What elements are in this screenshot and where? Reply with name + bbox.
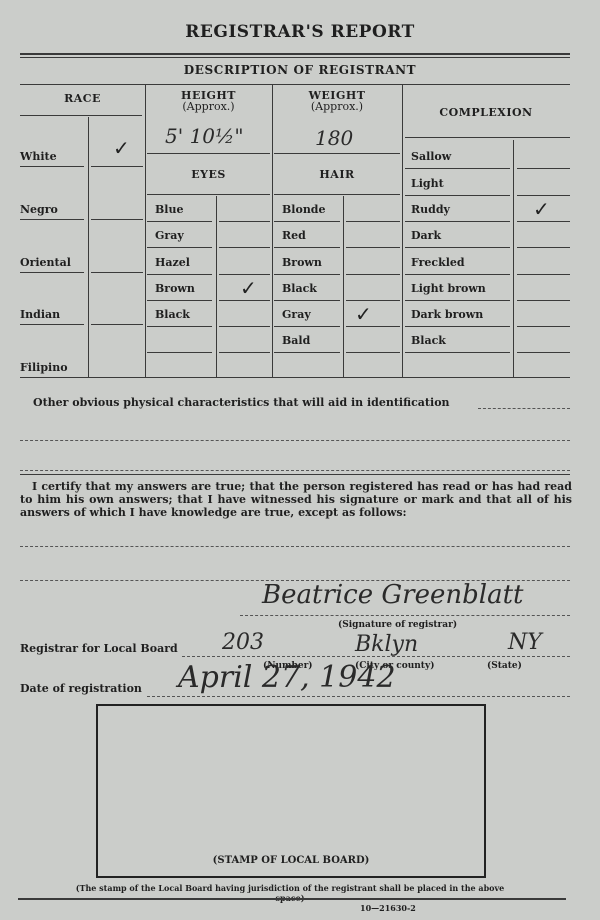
complexion-option-label: Dark brown [411, 308, 483, 321]
divider [517, 326, 570, 327]
stamp-note: (The stamp of the Local Board having jur… [70, 883, 510, 903]
eyes-option-label: Hazel [155, 256, 190, 269]
section-title: DESCRIPTION OF REGISTRANT [0, 63, 600, 77]
hair-option-label: Bald [282, 334, 310, 347]
divider [147, 326, 212, 327]
divider [274, 326, 340, 327]
column-divider [145, 85, 146, 377]
divider [219, 274, 270, 275]
hair-option-label: Blonde [282, 203, 326, 216]
stamp-label: (STAMP OF LOCAL BOARD) [96, 855, 486, 866]
eyes-option-label: Brown [155, 282, 195, 295]
divider [20, 272, 84, 273]
complexion-header: COMPLEXION [402, 106, 570, 119]
hair-checkbox[interactable]: ✓ [355, 302, 372, 326]
divider [20, 474, 570, 475]
divider [147, 153, 270, 154]
complexion-option-label: Light brown [411, 282, 486, 295]
height-value: 5' 10½" [165, 124, 244, 148]
divider [274, 194, 400, 195]
divider [91, 324, 143, 325]
divider [405, 247, 510, 248]
divider [219, 221, 270, 222]
divider [517, 168, 570, 169]
stamp-box [96, 704, 486, 878]
divider [274, 247, 340, 248]
eyes-checkbox[interactable]: ✓ [240, 276, 257, 300]
local-board-state: NY [508, 630, 542, 655]
eyes-option-label: Gray [155, 229, 184, 242]
divider [405, 326, 510, 327]
divider [346, 247, 400, 248]
column-divider [272, 85, 273, 377]
divider [20, 324, 84, 325]
complexion-option-label: Freckled [411, 256, 465, 269]
complexion-checkbox[interactable]: ✓ [533, 197, 550, 221]
registrar-signature: Beatrice Greenblatt [262, 580, 523, 610]
divider [405, 300, 510, 301]
divider [405, 168, 510, 169]
exceptions-line-1[interactable] [20, 546, 570, 547]
divider [517, 352, 570, 353]
divider [405, 221, 510, 222]
race-check-divider [88, 117, 89, 377]
divider [91, 272, 143, 273]
divider [346, 221, 400, 222]
height-approx: (Approx.) [145, 101, 272, 113]
complexion-option-label: Black [411, 334, 446, 347]
divider [219, 300, 270, 301]
bottom-divider [18, 898, 566, 900]
eyes-header: EYES [145, 168, 272, 181]
local-board-city: Bklyn [355, 632, 418, 657]
registration-date-line[interactable] [147, 696, 570, 697]
eyes-option-label: Blue [155, 203, 183, 216]
divider [219, 247, 270, 248]
complexion-option-label: Dark [411, 229, 441, 242]
signature-line[interactable] [240, 615, 570, 616]
other-characteristics-label: Other obvious physical characteristics t… [33, 396, 450, 409]
table-bottom-border [20, 377, 570, 378]
hair-option-label: Black [282, 282, 317, 295]
divider [20, 57, 570, 58]
weight-approx: (Approx.) [272, 101, 402, 113]
other-characteristics-line-2[interactable] [20, 440, 570, 441]
divider [20, 115, 142, 116]
divider [20, 84, 570, 85]
registrars-report-form: REGISTRAR'S REPORT DESCRIPTION OF REGIST… [0, 0, 600, 920]
hair-option-label: Red [282, 229, 306, 242]
divider [517, 247, 570, 248]
race-option-label: White [20, 150, 57, 163]
race-checkbox[interactable]: ✓ [113, 136, 130, 160]
race-option-label: Oriental [20, 256, 71, 269]
divider [219, 352, 270, 353]
divider [274, 153, 400, 154]
divider [91, 219, 143, 220]
divider [346, 352, 400, 353]
race-option-label: Filipino [20, 361, 68, 374]
complexion-option-label: Ruddy [411, 203, 450, 216]
form-number: 10—21630-2 [360, 903, 416, 913]
eyes-option-label: Black [155, 308, 190, 321]
other-characteristics-field[interactable] [478, 408, 570, 409]
divider [147, 300, 212, 301]
divider [20, 219, 84, 220]
divider [517, 274, 570, 275]
other-characteristics-line-3[interactable] [20, 470, 570, 471]
divider [405, 352, 510, 353]
divider [274, 300, 340, 301]
weight-value: 180 [315, 126, 353, 150]
divider [405, 274, 510, 275]
hair-check-divider [343, 196, 344, 377]
divider [147, 352, 212, 353]
divider [517, 195, 570, 196]
divider [346, 274, 400, 275]
complexion-check-divider [513, 140, 514, 377]
complexion-option-label: Sallow [411, 150, 451, 163]
local-board-label: Registrar for Local Board [20, 642, 178, 655]
divider [405, 195, 510, 196]
hair-option-label: Brown [282, 256, 322, 269]
divider [147, 194, 270, 195]
divider [147, 274, 212, 275]
divider [147, 247, 212, 248]
divider [219, 326, 270, 327]
certification-text: I certify that my answers are true; that… [20, 480, 572, 519]
hair-option-label: Gray [282, 308, 311, 321]
race-option-label: Negro [20, 203, 58, 216]
divider [274, 352, 340, 353]
divider [346, 326, 400, 327]
form-title: REGISTRAR'S REPORT [0, 22, 600, 42]
divider [20, 166, 84, 167]
signature-caption: (Signature of registrar) [338, 620, 457, 630]
race-option-label: Indian [20, 308, 60, 321]
column-divider [402, 85, 403, 377]
complexion-option-label: Light [411, 177, 444, 190]
hair-header: HAIR [272, 168, 402, 181]
race-header: RACE [20, 92, 145, 105]
divider [274, 221, 340, 222]
state-caption: (State) [487, 661, 522, 671]
eyes-check-divider [216, 196, 217, 377]
divider [274, 274, 340, 275]
divider [405, 137, 570, 138]
local-board-number: 203 [222, 630, 264, 655]
registration-date-value: April 27, 1942 [178, 660, 396, 695]
divider [147, 221, 212, 222]
registration-date-label: Date of registration [20, 682, 142, 695]
divider [91, 166, 143, 167]
divider [517, 300, 570, 301]
divider [517, 221, 570, 222]
divider [20, 53, 570, 55]
divider [346, 300, 400, 301]
